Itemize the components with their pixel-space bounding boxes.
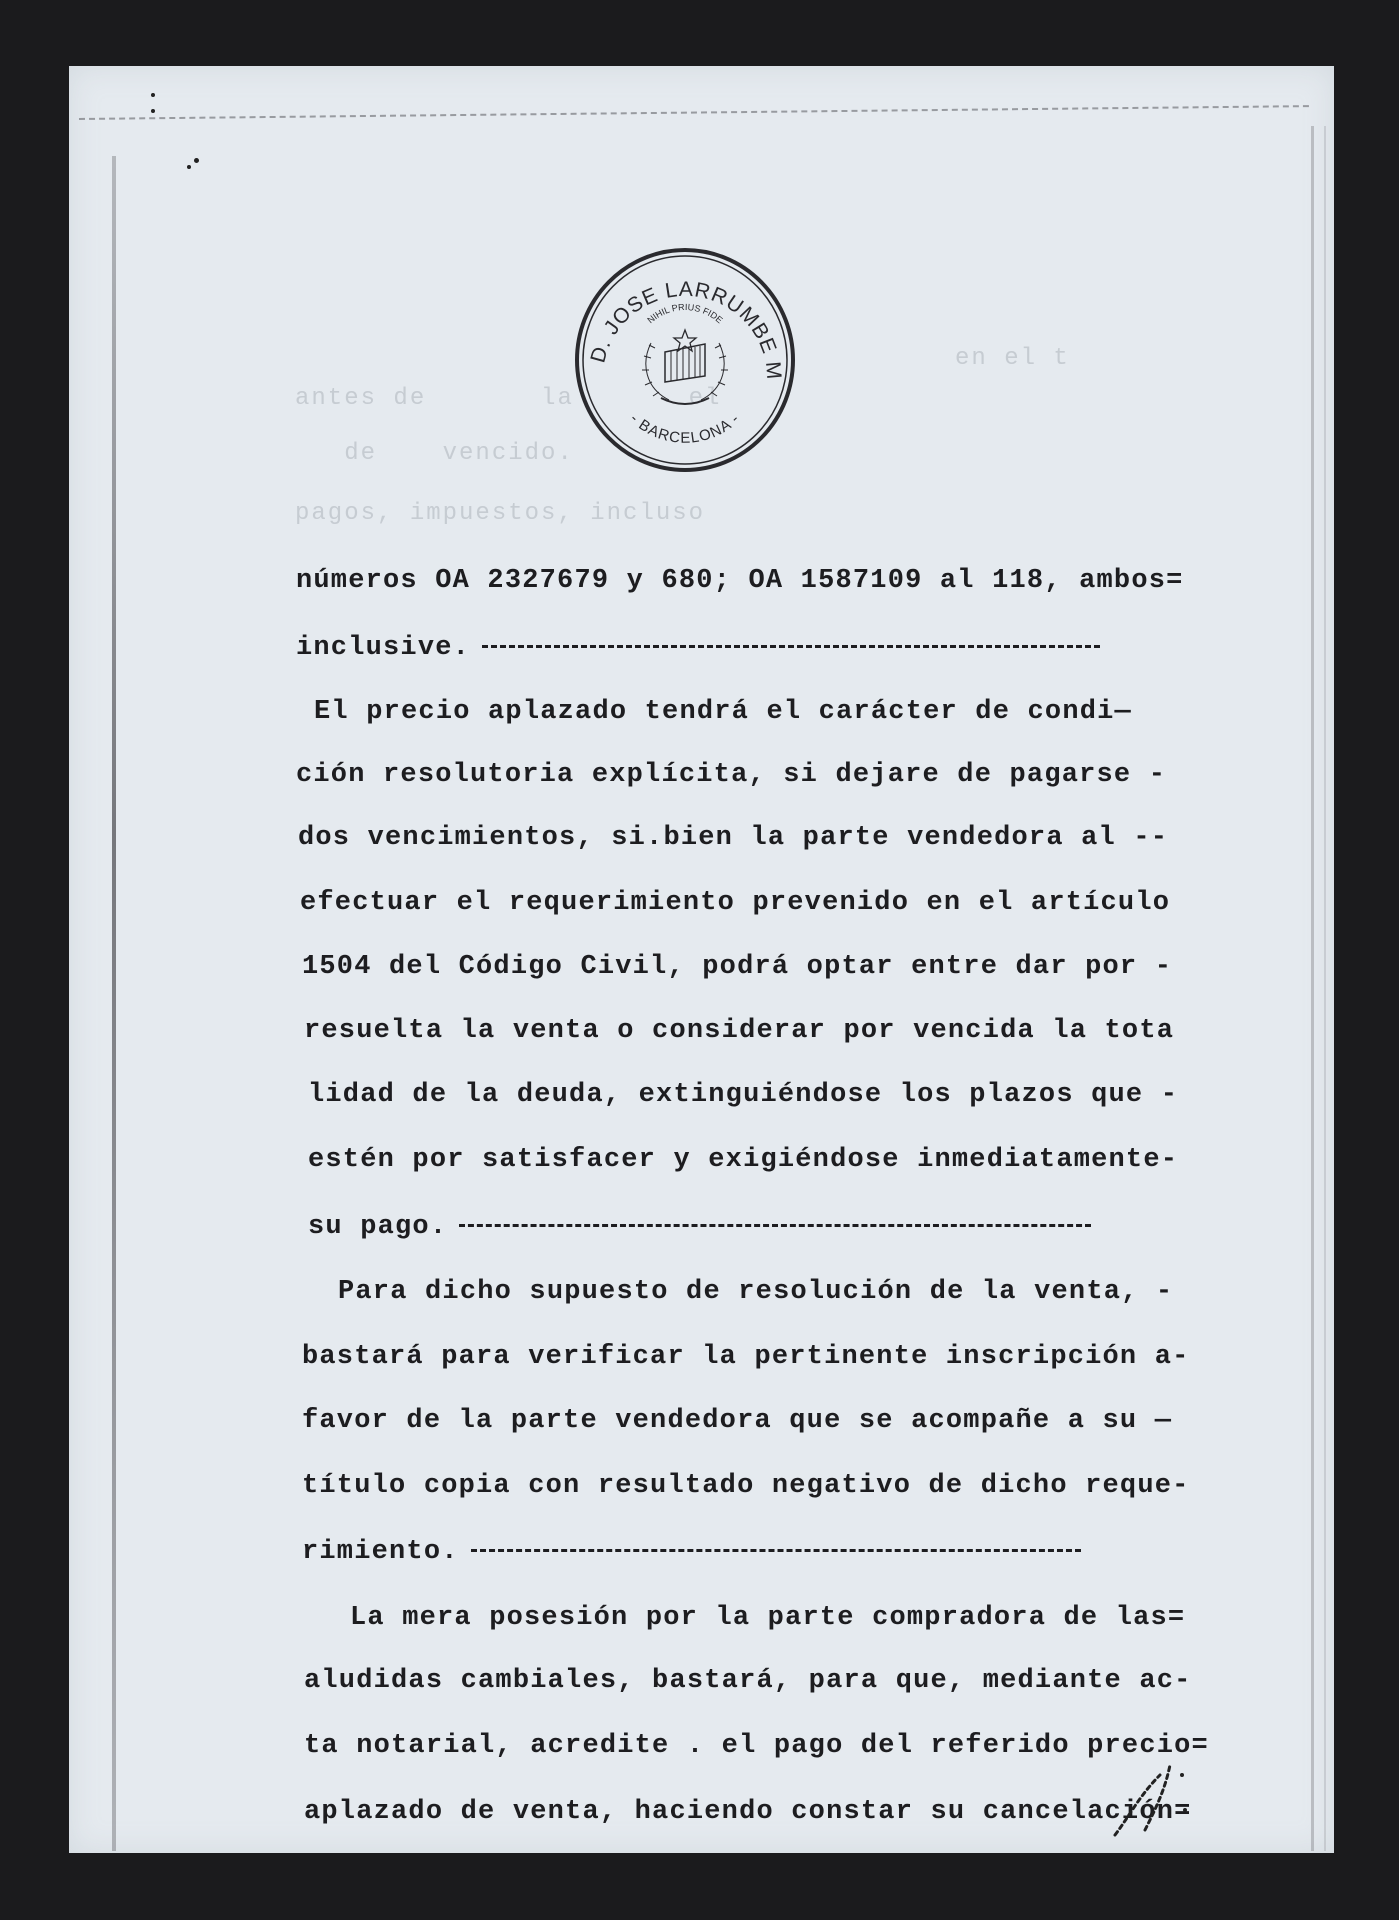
speck [151, 93, 155, 97]
text-line: bastará para verificar la pertinente ins… [302, 1342, 1190, 1372]
fill-dashes [459, 1224, 1091, 1227]
text-line: resuelta la venta o considerar por venci… [304, 1016, 1174, 1046]
text-line: ción resolutoria explícita, si dejare de… [296, 760, 1166, 790]
speck [151, 109, 155, 113]
text-line: título copia con resultado negativo de d… [302, 1471, 1190, 1501]
text-line: lidad de la deuda, extinguiéndose los pl… [308, 1080, 1178, 1110]
text-line: rimiento. [302, 1537, 1081, 1567]
text-line: La mera posesión por la parte compradora… [350, 1603, 1185, 1633]
left-margin-rule [112, 156, 116, 1851]
text-line: efectuar el requerimiento prevenido en e… [300, 888, 1170, 918]
speck [194, 158, 199, 163]
text-line: aludidas cambiales, bastará, para que, m… [304, 1666, 1192, 1696]
text-line: 1504 del Código Civil, podrá optar entre… [302, 952, 1172, 982]
pen-mark-icon [1110, 1745, 1190, 1845]
fill-dashes [471, 1549, 1081, 1552]
text-line: estén por satisfacer y exigiéndose inmed… [308, 1145, 1178, 1175]
speck [187, 165, 191, 169]
top-margin-rule [79, 105, 1309, 120]
show-through-text: pagos, impuestos, incluso [295, 500, 705, 527]
fill-dashes [482, 645, 1100, 648]
text-line: aplazado de venta, haciendo constar su c… [304, 1797, 1192, 1827]
notary-seal-icon: NOTARIA DE D. JOSE LARRUMBE MALDONADO - … [573, 248, 797, 472]
text-line: favor de la parte vendedora que se acomp… [302, 1406, 1172, 1436]
text-line: inclusive. [296, 633, 1100, 663]
show-through-text: de vencido. [295, 440, 574, 467]
text-line: números OA 2327679 y 680; OA 1587109 al … [296, 566, 1184, 596]
right-margin-rule-secondary [1324, 126, 1326, 1851]
svg-text:NOTARIA DE D. JOSE LARRUMBE MA: NOTARIA DE D. JOSE LARRUMBE MALDONADO [573, 248, 785, 381]
right-margin-rule [1311, 126, 1314, 1851]
show-through-text: en el t [955, 345, 1070, 372]
text-line: El precio aplazado tendrá el carácter de… [314, 697, 1132, 727]
svg-text:- BARCELONA -: - BARCELONA - [627, 410, 744, 447]
text-line: dos vencimientos, si.bien la parte vende… [298, 823, 1168, 853]
text-line: ta notarial, acredite . el pago del refe… [304, 1731, 1209, 1761]
text-line: Para dicho supuesto de resolución de la … [338, 1277, 1173, 1307]
text-line: su pago. [308, 1212, 1091, 1242]
